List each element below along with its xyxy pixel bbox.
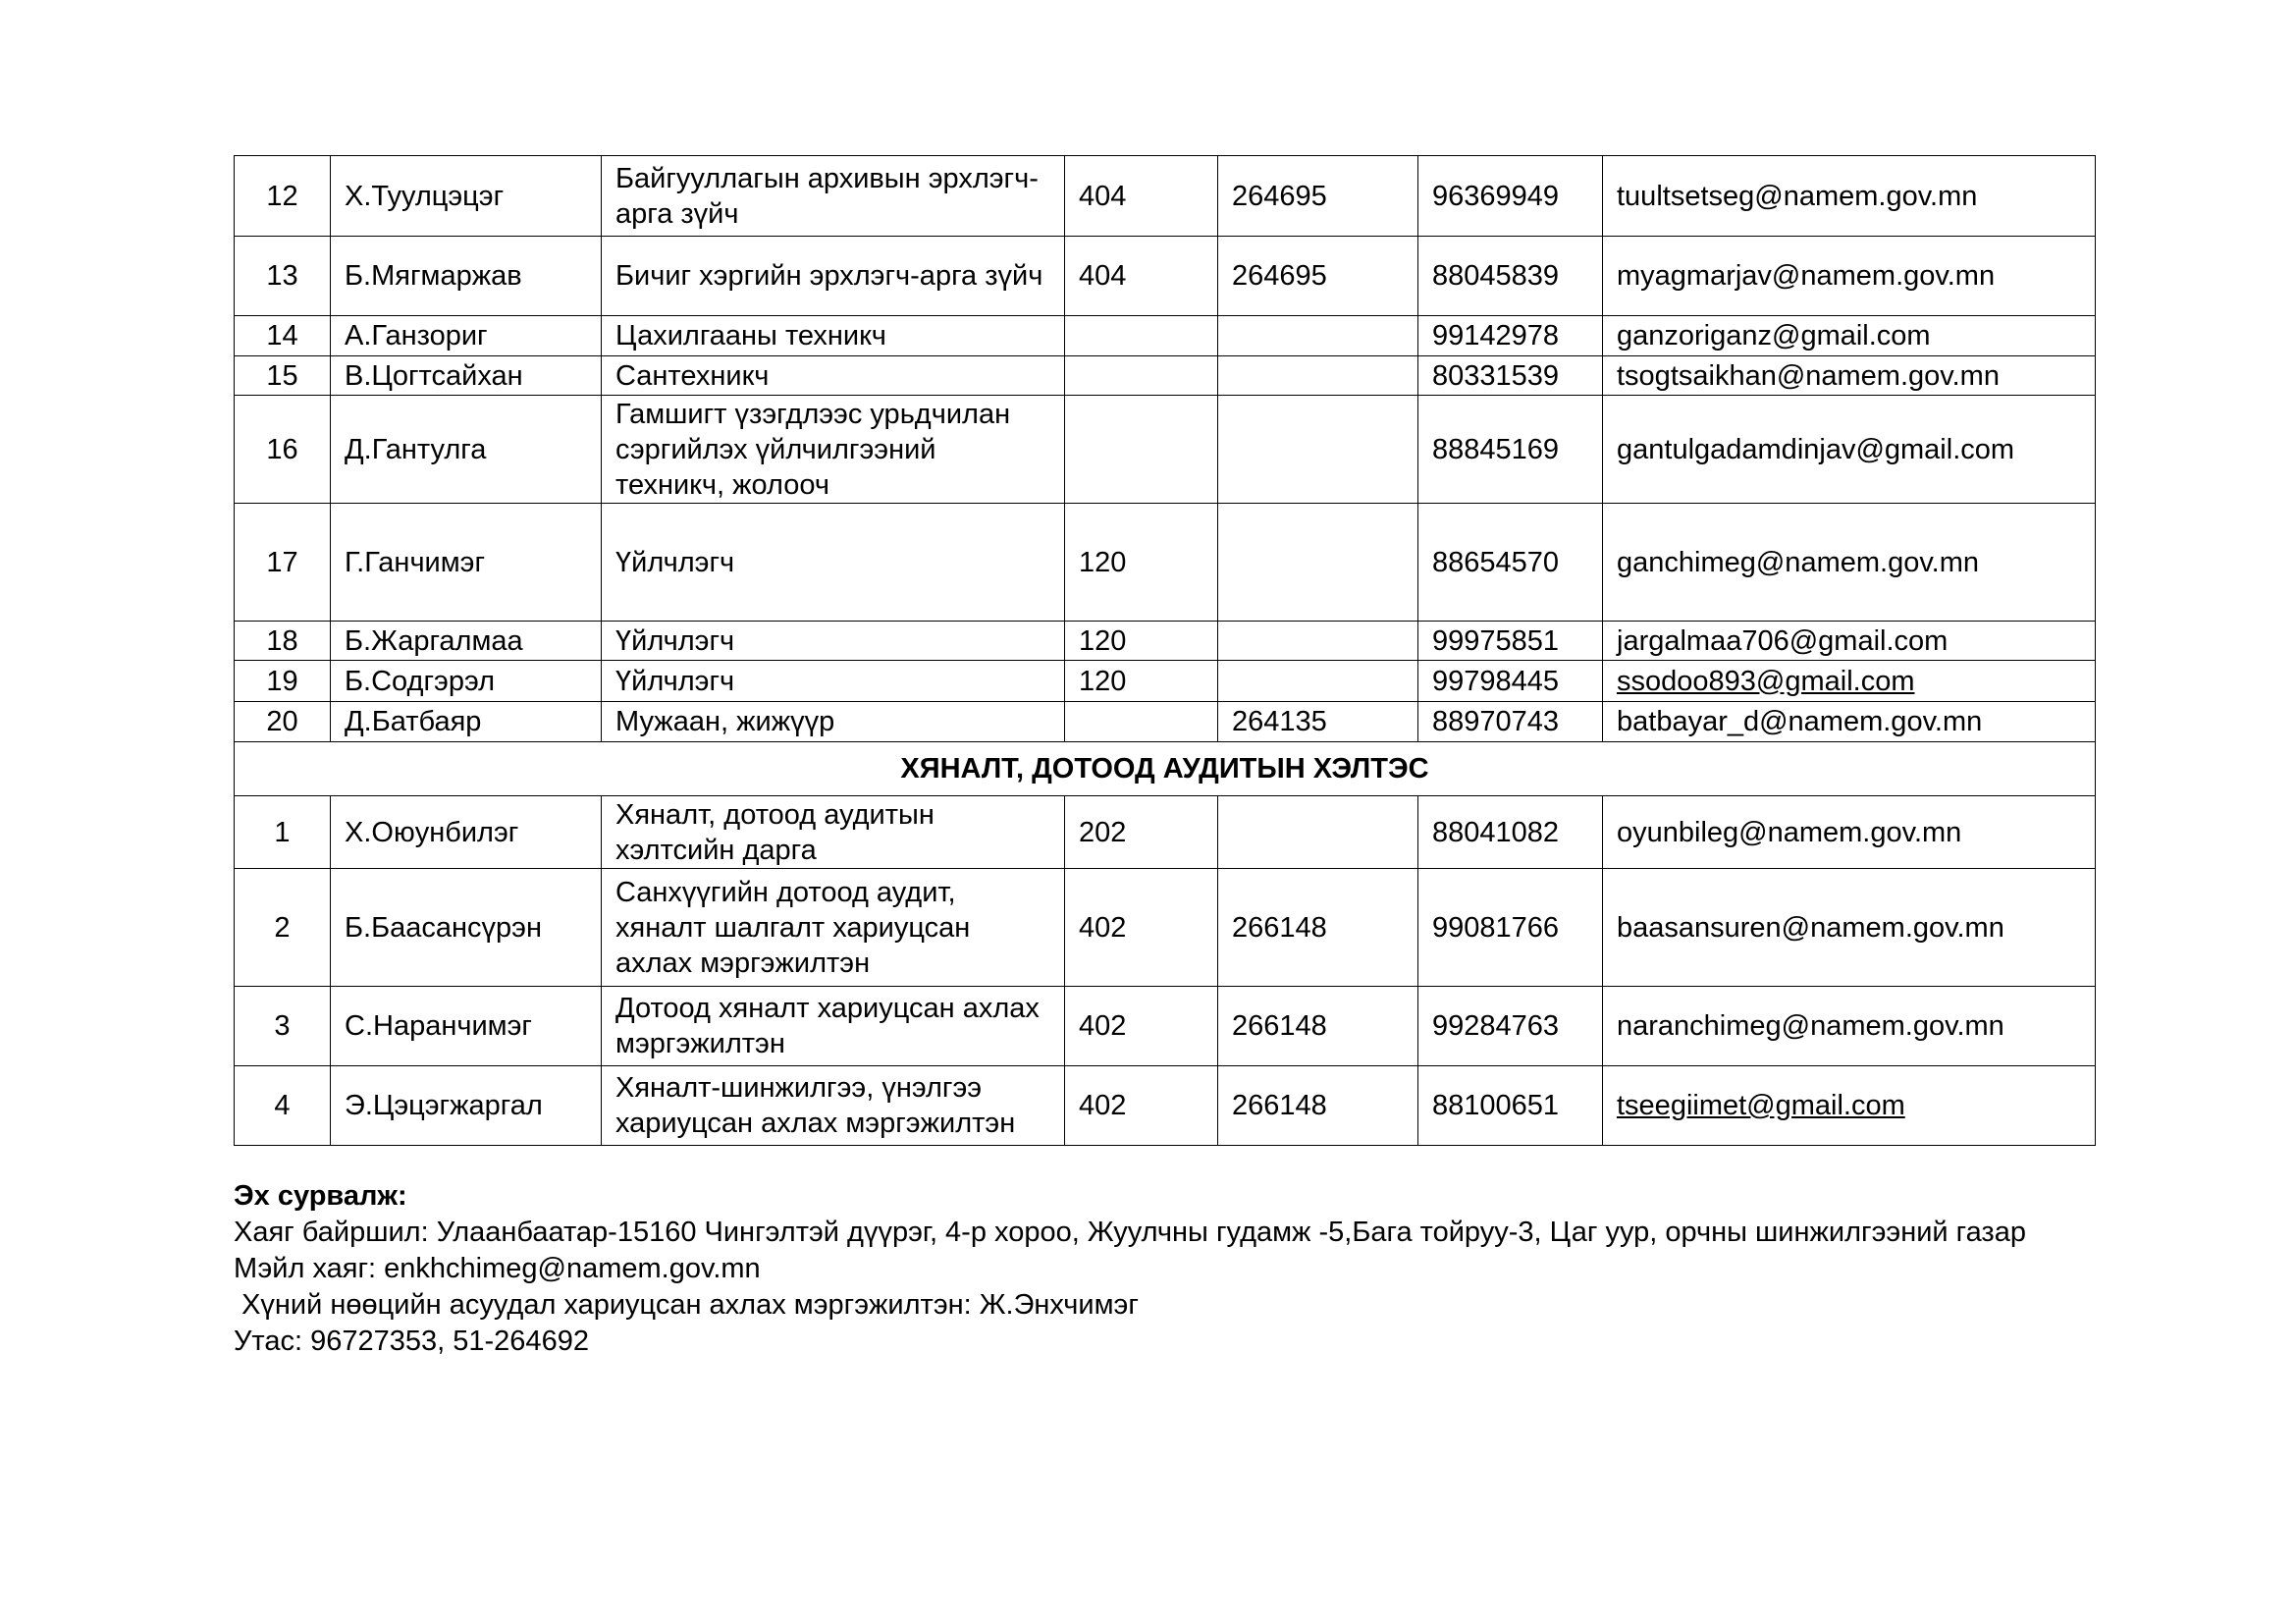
job-position: Санхүүгийн дотоод аудит, хяналт шалгалт … (615, 877, 970, 979)
email-address-cell: oyunbileg@namem.gov.mn (1603, 796, 2096, 869)
job-position-cell: Санхүүгийн дотоод аудит, хяналт шалгалт … (602, 869, 1065, 987)
table-body-audit: 1Х.ОюунбилэгХяналт, дотоод аудитын хэлтс… (235, 796, 2096, 1146)
email-address-cell: tsogtsaikhan@namem.gov.mn (1603, 356, 2096, 396)
email-address-cell: ganchimeg@namem.gov.mn (1603, 504, 2096, 622)
office-phone: 264695 (1232, 260, 1327, 292)
row-number: 1 (274, 817, 290, 848)
job-position: Гамшигт үзэгдлээс урьдчилан сэргийлэх үй… (615, 399, 1010, 501)
mobile-phone-cell: 99798445 (1418, 661, 1603, 702)
office-phone-cell (1218, 316, 1418, 356)
mobile-phone: 88041082 (1432, 817, 1559, 848)
job-position-cell: Хяналт, дотоод аудитын хэлтсийн дарга (602, 796, 1065, 869)
row-number-cell: 14 (235, 316, 331, 356)
table-row: 15В.ЦогтсайханСантехникч80331539tsogtsai… (235, 356, 2096, 396)
table-row: 2Б.БаасансүрэнСанхүүгийн дотоод аудит, х… (235, 869, 2096, 987)
email-link[interactable]: tseegiimet@gmail.com (1617, 1090, 1905, 1121)
room-number-cell (1065, 702, 1218, 742)
mobile-phone: 99975851 (1432, 625, 1559, 657)
employee-name: Х.Оюунбилэг (345, 817, 518, 848)
email-link[interactable]: jargalmaa706@gmail.com (1617, 625, 1948, 657)
row-number: 14 (266, 320, 297, 352)
table-row: 14А.ГанзоригЦахилгааны техникч99142978ga… (235, 316, 2096, 356)
employee-name-cell: Г.Ганчимэг (331, 504, 602, 622)
room-number: 120 (1079, 625, 1126, 657)
row-number-cell: 15 (235, 356, 331, 396)
job-position-cell: Үйлчлэгч (602, 622, 1065, 661)
employee-name-cell: А.Ганзориг (331, 316, 602, 356)
source-title: Эх сурвалж: (234, 1178, 2099, 1215)
row-number-cell: 2 (235, 869, 331, 987)
room-number-cell (1065, 316, 1218, 356)
employee-name: Д.Гантулга (345, 434, 486, 465)
employee-name-cell: Б.Мягмаржав (331, 237, 602, 316)
table-row: 3С.НаранчимэгДотоод хяналт хариуцсан ахл… (235, 987, 2096, 1066)
mobile-phone-cell: 88100651 (1418, 1066, 1603, 1146)
row-number-cell: 16 (235, 396, 331, 504)
employee-name: Б.Мягмаржав (345, 260, 522, 292)
row-number: 4 (274, 1090, 290, 1121)
mobile-phone-cell: 88041082 (1418, 796, 1603, 869)
row-number-cell: 20 (235, 702, 331, 742)
row-number-cell: 19 (235, 661, 331, 702)
job-position: Үйлчлэгч (615, 625, 734, 657)
employee-name-cell: С.Наранчимэг (331, 987, 602, 1066)
row-number: 13 (266, 260, 297, 292)
section-title: ХЯНАЛТ, ДОТООД АУДИТЫН ХЭЛТЭС (235, 742, 2096, 796)
job-position: Мужаан, жижүүр (615, 706, 834, 737)
room-number-cell: 120 (1065, 622, 1218, 661)
room-number-cell (1065, 396, 1218, 504)
room-number: 402 (1079, 1010, 1126, 1042)
job-position: Байгууллагын архивын эрхлэгч-арга зүйч (615, 163, 1039, 230)
job-position-cell: Дотоод хяналт хариуцсан ахлах мэргэжилтэ… (602, 987, 1065, 1066)
employee-name: Д.Батбаяр (345, 706, 481, 737)
email-link[interactable]: ganzoriganz@gmail.com (1617, 320, 1931, 352)
employee-name: Х.Туулцэцэг (345, 181, 504, 212)
source-footer: Эх сурвалж: Хаяг байршил: Улаанбаатар-15… (234, 1178, 2099, 1360)
mobile-phone-cell: 99284763 (1418, 987, 1603, 1066)
mobile-phone-cell: 99081766 (1418, 869, 1603, 987)
email-address-cell: tseegiimet@gmail.com (1603, 1066, 2096, 1146)
job-position: Сантехникч (615, 360, 769, 392)
employee-name-cell: Х.Туулцэцэг (331, 156, 602, 237)
mobile-phone: 88100651 (1432, 1090, 1559, 1121)
table-row: 17Г.ГанчимэгҮйлчлэгч12088654570ganchimeg… (235, 504, 2096, 622)
employee-name-cell: Х.Оюунбилэг (331, 796, 602, 869)
email-address-cell: baasansuren@namem.gov.mn (1603, 869, 2096, 987)
mobile-phone-cell: 88045839 (1418, 237, 1603, 316)
mobile-phone-cell: 99975851 (1418, 622, 1603, 661)
table-row: 16Д.ГантулгаГамшигт үзэгдлээс урьдчилан … (235, 396, 2096, 504)
job-position-cell: Сантехникч (602, 356, 1065, 396)
email-address-cell: batbayar_d@namem.gov.mn (1603, 702, 2096, 742)
office-phone-cell: 266148 (1218, 1066, 1418, 1146)
mobile-phone: 88845169 (1432, 434, 1559, 465)
row-number: 20 (266, 706, 297, 737)
contact-person-line: Хүний нөөцийн асуудал хариуцсан ахлах мэ… (234, 1287, 2099, 1324)
employee-name-cell: В.Цогтсайхан (331, 356, 602, 396)
email-link[interactable]: ssodoo893@gmail.com (1617, 666, 1914, 697)
employee-name: Б.Жаргалмаа (345, 625, 523, 657)
row-number: 18 (266, 625, 297, 657)
mobile-phone: 99081766 (1432, 912, 1559, 944)
row-number-cell: 12 (235, 156, 331, 237)
row-number: 16 (266, 434, 297, 465)
job-position-cell: Үйлчлэгч (602, 661, 1065, 702)
row-number: 19 (266, 666, 297, 697)
row-number: 17 (266, 547, 297, 578)
email-address-cell: ssodoo893@gmail.com (1603, 661, 2096, 702)
row-number: 12 (266, 181, 297, 212)
table-row: 4Э.ЦэцэгжаргалХяналт-шинжилгээ, үнэлгээ … (235, 1066, 2096, 1146)
room-number: 402 (1079, 912, 1126, 944)
office-phone-cell (1218, 396, 1418, 504)
employee-name-cell: Д.Гантулга (331, 396, 602, 504)
row-number: 15 (266, 360, 297, 392)
room-number-cell: 404 (1065, 156, 1218, 237)
job-position: Хяналт-шинжилгээ, үнэлгээ хариуцсан ахла… (615, 1072, 1015, 1139)
row-number: 2 (274, 912, 290, 944)
row-number-cell: 1 (235, 796, 331, 869)
employee-name-cell: Б.Содгэрэл (331, 661, 602, 702)
mobile-phone: 99284763 (1432, 1010, 1559, 1042)
employee-name: Б.Содгэрэл (345, 666, 495, 697)
room-number: 120 (1079, 547, 1126, 578)
job-position-cell: Байгууллагын архивын эрхлэгч-арга зүйч (602, 156, 1065, 237)
employee-name-cell: Э.Цэцэгжаргал (331, 1066, 602, 1146)
email-link[interactable]: batbayar_d@namem.gov.mn (1617, 706, 1982, 737)
employee-name: Э.Цэцэгжаргал (345, 1090, 543, 1121)
job-position: Үйлчлэгч (615, 547, 734, 578)
mobile-phone: 99798445 (1432, 666, 1559, 697)
table-row: 13Б.МягмаржавБичиг хэргийн эрхлэгч-арга … (235, 237, 2096, 316)
mobile-phone: 96369949 (1432, 181, 1559, 212)
email-address-cell: ganzoriganz@gmail.com (1603, 316, 2096, 356)
email-link[interactable]: tsogtsaikhan@namem.gov.mn (1617, 360, 2000, 392)
room-number: 404 (1079, 181, 1126, 212)
email-link[interactable]: oyunbileg@namem.gov.mn (1617, 817, 1961, 848)
job-position: Үйлчлэгч (615, 666, 734, 697)
job-position: Бичиг хэргийн эрхлэгч-арга зүйч (615, 260, 1042, 292)
job-position: Цахилгааны техникч (615, 320, 886, 352)
job-position: Хяналт, дотоод аудитын хэлтсийн дарга (615, 799, 934, 866)
office-phone-cell: 266148 (1218, 987, 1418, 1066)
office-phone: 264135 (1232, 706, 1327, 737)
room-number-cell: 402 (1065, 1066, 1218, 1146)
email-link[interactable]: tuultsetseg@namem.gov.mn (1617, 181, 1977, 212)
room-number-cell: 202 (1065, 796, 1218, 869)
document-page: 12Х.ТуулцэцэгБайгууллагын архивын эрхлэг… (0, 0, 2296, 1624)
row-number: 3 (274, 1010, 290, 1042)
employee-name: Г.Ганчимэг (345, 547, 485, 578)
mobile-phone: 88970743 (1432, 706, 1559, 737)
job-position-cell: Хяналт-шинжилгээ, үнэлгээ хариуцсан ахла… (602, 1066, 1065, 1146)
office-phone-cell (1218, 622, 1418, 661)
job-position-cell: Мужаан, жижүүр (602, 702, 1065, 742)
email-address-cell: tuultsetseg@namem.gov.mn (1603, 156, 2096, 237)
email-address-cell: myagmarjav@namem.gov.mn (1603, 237, 2096, 316)
mobile-phone-cell: 96369949 (1418, 156, 1603, 237)
mobile-phone: 88654570 (1432, 547, 1559, 578)
employee-name: А.Ганзориг (345, 320, 488, 352)
email-line: Мэйл хаяг: enkhchimeg@namem.gov.mn (234, 1251, 2099, 1287)
mobile-phone: 88045839 (1432, 260, 1559, 292)
room-number: 120 (1079, 666, 1126, 697)
table-body-general: 12Х.ТуулцэцэгБайгууллагын архивын эрхлэг… (235, 156, 2096, 742)
mobile-phone-cell: 80331539 (1418, 356, 1603, 396)
room-number-cell: 402 (1065, 987, 1218, 1066)
mobile-phone-cell: 88970743 (1418, 702, 1603, 742)
room-number-cell: 404 (1065, 237, 1218, 316)
office-phone-cell (1218, 796, 1418, 869)
job-position-cell: Үйлчлэгч (602, 504, 1065, 622)
address-line: Хаяг байршил: Улаанбаатар-15160 Чингэлтэ… (234, 1215, 2099, 1251)
office-phone-cell: 266148 (1218, 869, 1418, 987)
email-link[interactable]: ganchimeg@namem.gov.mn (1617, 547, 1979, 578)
section-header: ХЯНАЛТ, ДОТООД АУДИТЫН ХЭЛТЭС (235, 742, 2096, 796)
email-address-cell: naranchimeg@namem.gov.mn (1603, 987, 2096, 1066)
employee-name-cell: Б.Жаргалмаа (331, 622, 602, 661)
room-number: 404 (1079, 260, 1126, 292)
office-phone-cell (1218, 504, 1418, 622)
office-phone-cell: 264135 (1218, 702, 1418, 742)
staff-contact-table: 12Х.ТуулцэцэгБайгууллагын архивын эрхлэг… (234, 155, 2096, 1146)
office-phone: 266148 (1232, 1010, 1327, 1042)
room-number-cell (1065, 356, 1218, 396)
table-row: 18Б.ЖаргалмааҮйлчлэгч12099975851jargalma… (235, 622, 2096, 661)
row-number-cell: 4 (235, 1066, 331, 1146)
table-row: 19Б.СодгэрэлҮйлчлэгч12099798445ssodoo893… (235, 661, 2096, 702)
office-phone: 264695 (1232, 181, 1327, 212)
row-number-cell: 13 (235, 237, 331, 316)
room-number-cell: 402 (1065, 869, 1218, 987)
room-number-cell: 120 (1065, 661, 1218, 702)
office-phone: 266148 (1232, 912, 1327, 944)
employee-name: С.Наранчимэг (345, 1010, 532, 1042)
phone-line: Утас: 96727353, 51-264692 (234, 1324, 2099, 1360)
office-phone-cell (1218, 661, 1418, 702)
room-number: 202 (1079, 817, 1126, 848)
mobile-phone: 99142978 (1432, 320, 1559, 352)
email-link[interactable]: myagmarjav@namem.gov.mn (1617, 260, 1995, 292)
email-link[interactable]: gantulgadamdinjav@gmail.com (1617, 434, 2014, 465)
employee-name-cell: Б.Баасансүрэн (331, 869, 602, 987)
email-link[interactable]: baasansuren@namem.gov.mn (1617, 912, 2004, 944)
office-phone-cell (1218, 356, 1418, 396)
mobile-phone-cell: 99142978 (1418, 316, 1603, 356)
room-number: 402 (1079, 1090, 1126, 1121)
row-number-cell: 18 (235, 622, 331, 661)
office-phone-cell: 264695 (1218, 237, 1418, 316)
mobile-phone: 80331539 (1432, 360, 1559, 392)
job-position: Дотоод хяналт хариуцсан ахлах мэргэжилтэ… (615, 993, 1040, 1059)
office-phone: 266148 (1232, 1090, 1327, 1121)
job-position-cell: Гамшигт үзэгдлээс урьдчилан сэргийлэх үй… (602, 396, 1065, 504)
office-phone-cell: 264695 (1218, 156, 1418, 237)
employee-name: В.Цогтсайхан (345, 360, 523, 392)
row-number-cell: 17 (235, 504, 331, 622)
table-row: 1Х.ОюунбилэгХяналт, дотоод аудитын хэлтс… (235, 796, 2096, 869)
email-link[interactable]: naranchimeg@namem.gov.mn (1617, 1010, 2004, 1042)
employee-name: Б.Баасансүрэн (345, 912, 542, 944)
table-row: 12Х.ТуулцэцэгБайгууллагын архивын эрхлэг… (235, 156, 2096, 237)
mobile-phone-cell: 88845169 (1418, 396, 1603, 504)
row-number-cell: 3 (235, 987, 331, 1066)
table-row: 20Д.БатбаярМужаан, жижүүр26413588970743b… (235, 702, 2096, 742)
mobile-phone-cell: 88654570 (1418, 504, 1603, 622)
email-address-cell: gantulgadamdinjav@gmail.com (1603, 396, 2096, 504)
employee-name-cell: Д.Батбаяр (331, 702, 602, 742)
job-position-cell: Бичиг хэргийн эрхлэгч-арга зүйч (602, 237, 1065, 316)
job-position-cell: Цахилгааны техникч (602, 316, 1065, 356)
email-address-cell: jargalmaa706@gmail.com (1603, 622, 2096, 661)
room-number-cell: 120 (1065, 504, 1218, 622)
